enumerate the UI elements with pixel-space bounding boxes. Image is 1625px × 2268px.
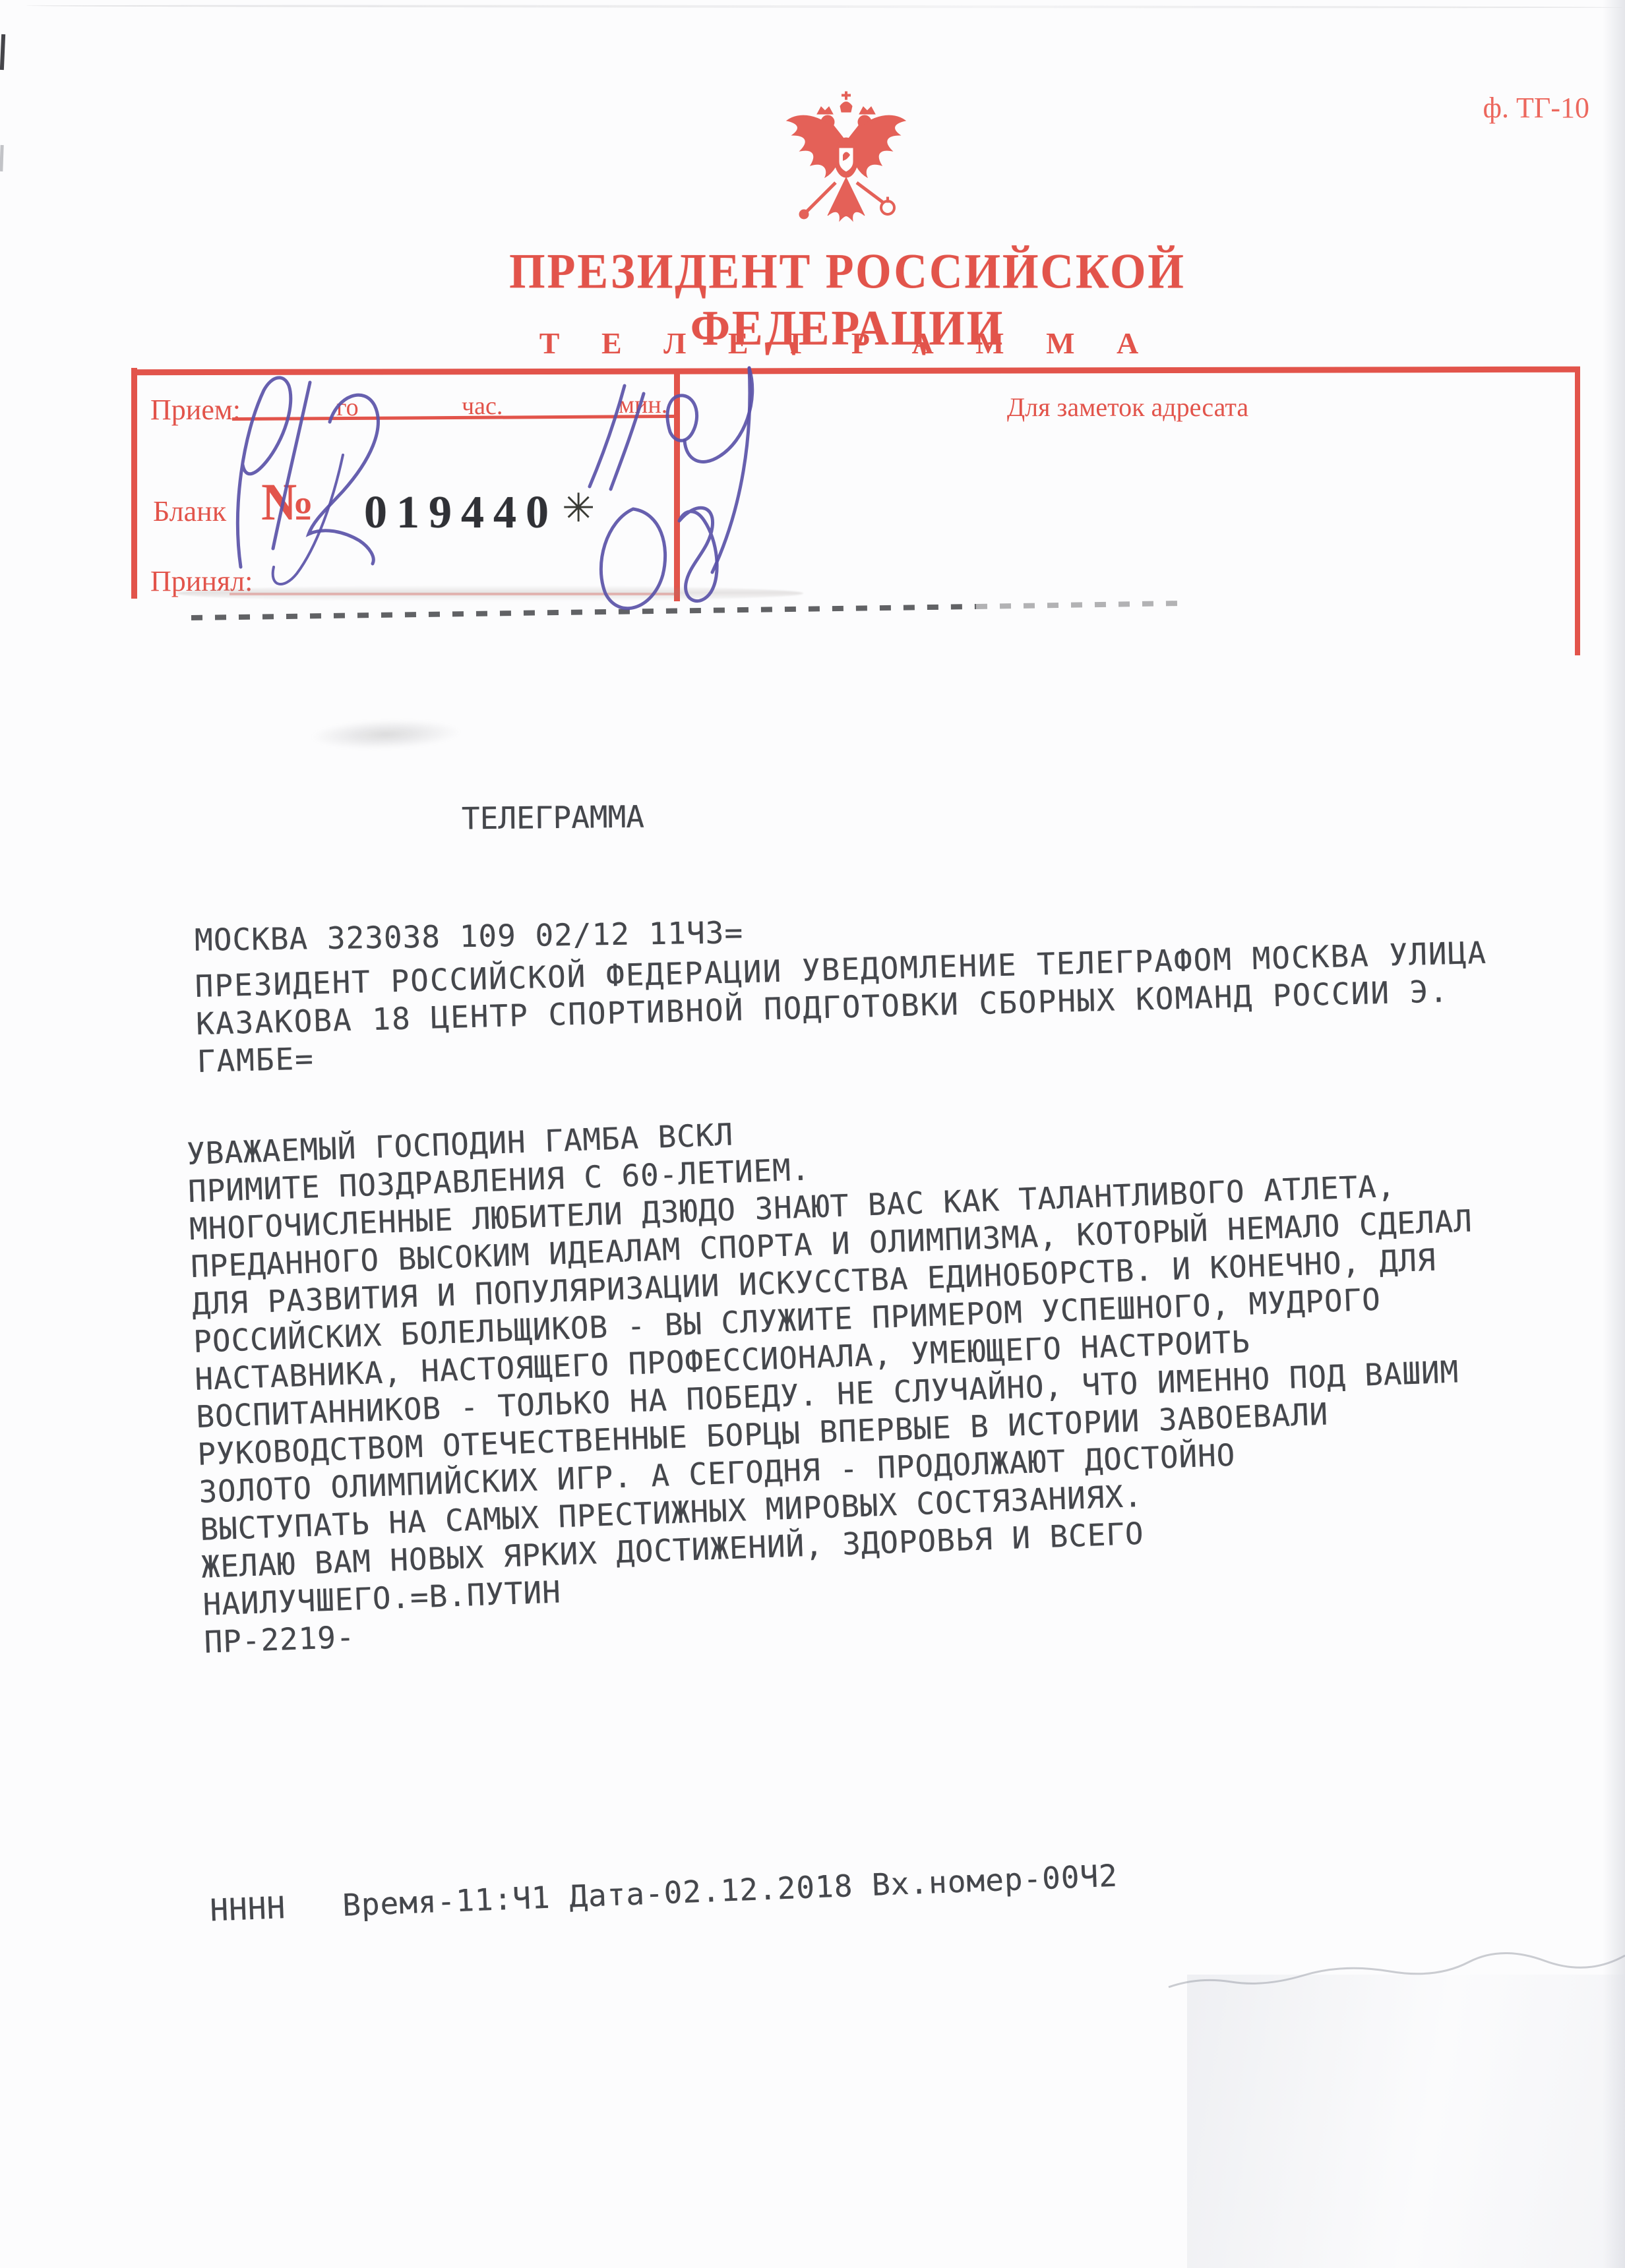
addressee-notes-label: Для заметок адресата bbox=[683, 392, 1573, 423]
telegram-service-line: НННН Время-11:Ч1 Дата-02.12.2018 Вх.номе… bbox=[209, 1857, 1119, 1930]
letterhead-doc-type: Т Е Л Е Г Р А М М А bbox=[369, 326, 1326, 361]
priem-underline bbox=[232, 415, 679, 421]
telegram-title: ТЕЛЕГРАММА bbox=[462, 798, 645, 838]
form-border-right bbox=[1575, 368, 1580, 655]
date-suffix-label: го bbox=[336, 393, 359, 422]
hours-label: час. bbox=[462, 392, 503, 421]
stamp-star-icon: ✳ bbox=[562, 485, 595, 531]
blank-label: Бланк bbox=[153, 494, 226, 528]
paper-top-edge-shadow bbox=[26, 5, 1622, 9]
form-column-divider bbox=[674, 371, 680, 601]
scan-artifact bbox=[0, 145, 4, 171]
form-border-left bbox=[131, 368, 137, 599]
form-border-top bbox=[132, 367, 1580, 376]
priem-label: Прием: bbox=[150, 393, 241, 427]
scan-artifact bbox=[0, 34, 5, 70]
scan-smudge bbox=[309, 717, 462, 752]
state-emblem-double-headed-eagle-icon bbox=[780, 90, 912, 236]
paper-seam-shadow bbox=[177, 585, 803, 601]
cut-dashed-line bbox=[191, 603, 1180, 618]
form-code-label: ф. ТГ-10 bbox=[1405, 91, 1589, 125]
telegram-body-block: УВАЖАЕМЫЙ ГОСПОДИН ГАМБА ВСКЛПРИМИТЕ ПОЗ… bbox=[186, 1090, 1487, 1661]
telegram-origin-line: МОСКВА 323038 109 02/12 11Ч3= bbox=[195, 914, 744, 959]
minutes-label: мин. bbox=[619, 390, 667, 419]
paper-bottom-seam-shadow bbox=[1187, 1975, 1625, 2268]
scanned-telegram-document: { "colors": { "red": "#e2544b", "red_lig… bbox=[0, 0, 1625, 2268]
blank-number-stamp: 019440 bbox=[364, 487, 558, 539]
numero-sign: № bbox=[261, 476, 314, 529]
paper-right-edge-shadow bbox=[1603, 0, 1625, 2268]
